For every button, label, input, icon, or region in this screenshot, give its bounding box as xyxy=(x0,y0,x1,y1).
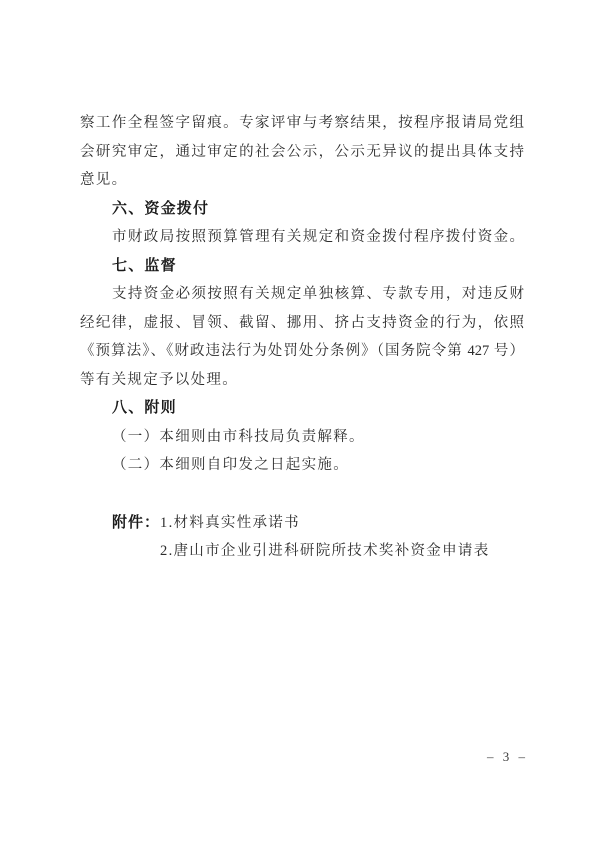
body-line: 意见。 xyxy=(80,166,524,195)
body-line: 等有关规定予以处理。 xyxy=(80,366,524,395)
section-heading-funds-allocation: 六、资金拨付 xyxy=(80,195,524,224)
page-number: – 3 – xyxy=(487,749,528,765)
document-page: 察工作全程签字留痕。专家评审与考察结果，按程序报请局党组 会研究审定，通过审定的… xyxy=(0,0,600,848)
body-line: （二）本细则自印发之日起实施。 xyxy=(80,451,524,480)
body-line: 支持资金必须按照有关规定单独核算、专款专用，对违反财 xyxy=(80,280,524,309)
attachments-block: 附件： 1.材料真实性承诺书 2.唐山市企业引进科研院所技术奖补资金申请表 xyxy=(80,509,524,566)
section-heading-supplementary: 八、附则 xyxy=(80,394,524,423)
body-line: 察工作全程签字留痕。专家评审与考察结果，按程序报请局党组 xyxy=(80,109,524,138)
attachment-item: 1.材料真实性承诺书 xyxy=(160,509,524,538)
section-heading-supervision: 七、监督 xyxy=(80,252,524,281)
attachments-label: 附件： xyxy=(112,509,160,538)
body-line: 《预算法》、《财政违法行为处罚处分条例》（国务院令第 427 号） xyxy=(80,337,524,366)
attachments-list: 1.材料真实性承诺书 2.唐山市企业引进科研院所技术奖补资金申请表 xyxy=(160,509,524,566)
body-line: （一）本细则由市科技局负责解释。 xyxy=(80,423,524,452)
attachment-item: 2.唐山市企业引进科研院所技术奖补资金申请表 xyxy=(160,537,524,566)
body-line: 经纪律，虚报、冒领、截留、挪用、挤占支持资金的行为，依照 xyxy=(80,309,524,338)
body-line: 会研究审定，通过审定的社会公示，公示无异议的提出具体支持 xyxy=(80,138,524,167)
body-line: 市财政局按照预算管理有关规定和资金拨付程序拨付资金。 xyxy=(80,223,524,252)
